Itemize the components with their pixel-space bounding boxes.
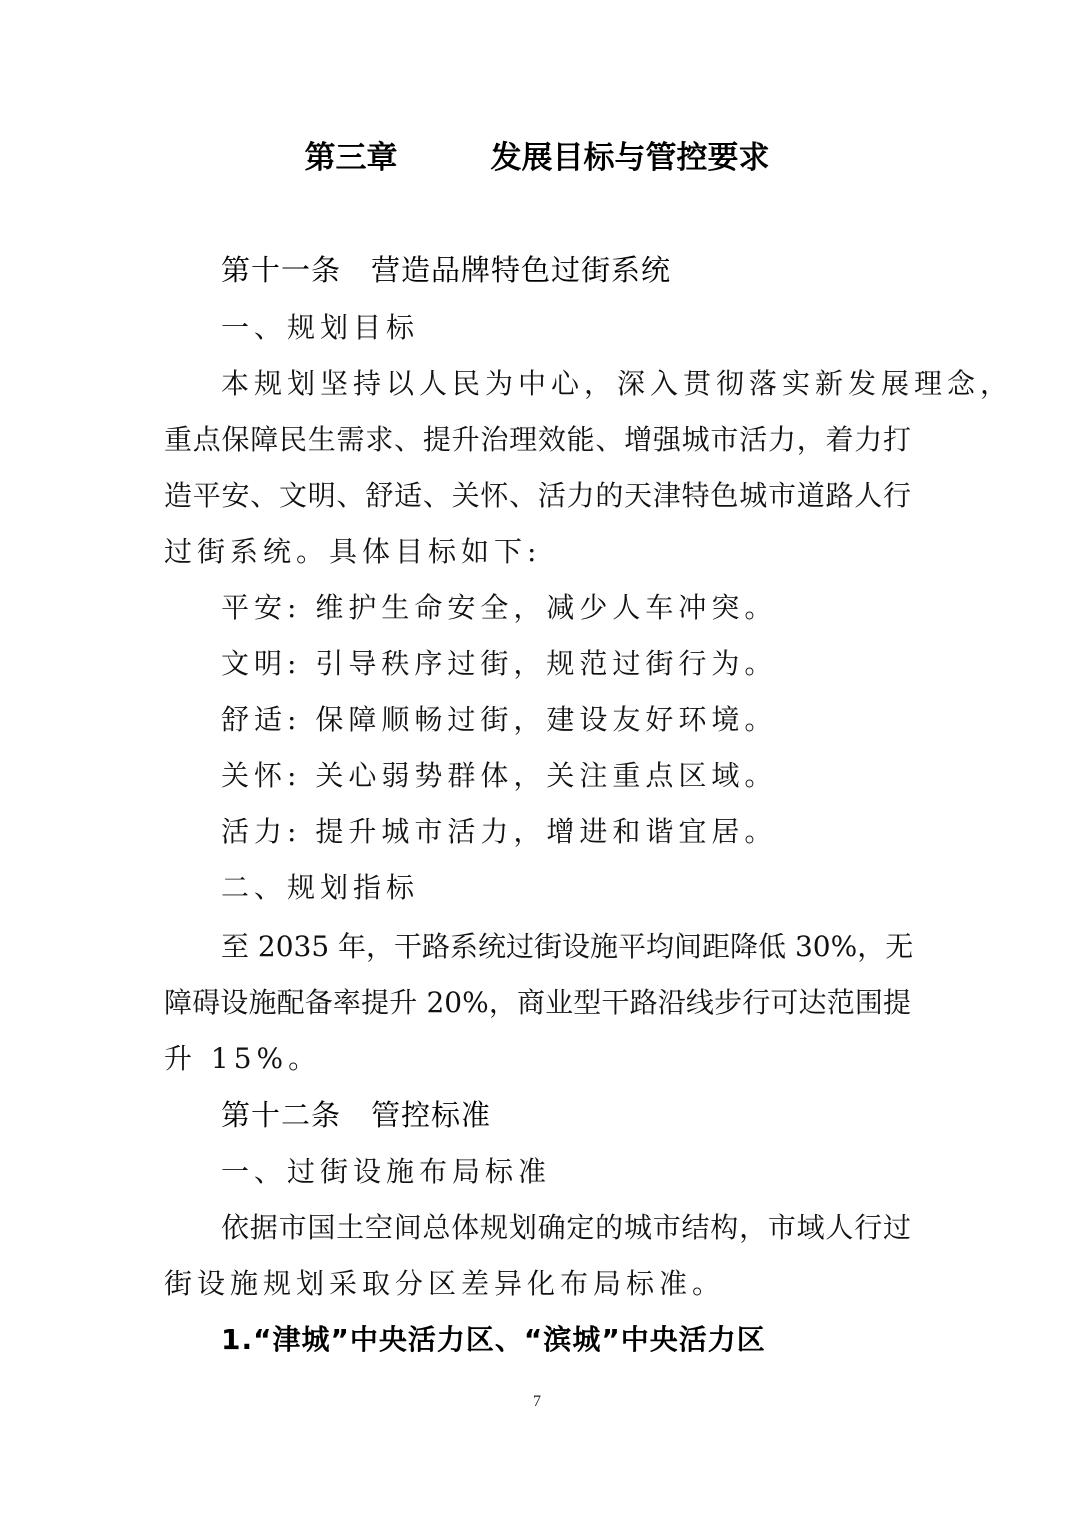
goal-label: 舒适:: [221, 703, 301, 736]
goal-item-safety: 平安: 维护生命安全，减少人车冲突。: [221, 590, 777, 626]
goal-text: 引导秩序过街，规范过街行为。: [315, 647, 777, 680]
goal-text: 关心弱势群体，关注重点区域。: [315, 759, 777, 792]
paragraph-line: 本规划坚持以人民为中心，深入贯彻落实新发展理念，: [221, 366, 1013, 402]
goal-text: 保障顺畅过街，建设友好环境。: [315, 703, 777, 736]
paragraph-line: 至 2035 年，干路系统过街设施平均间距降低 30%，无: [221, 929, 911, 965]
goal-text: 提升城市活力，增进和谐宜居。: [315, 815, 777, 848]
paragraph-line: 障碍设施配备率提升 20%，商业型干路沿线步行可达范围提: [164, 985, 911, 1021]
article-12-heading: 第十二条 管控标准: [221, 1097, 491, 1133]
paragraph-line: 依据市国土空间总体规划确定的城市结构，市域人行过: [221, 1210, 911, 1246]
article-11-heading: 第十一条 营造品牌特色过街系统: [221, 252, 671, 288]
document-page: 第三章 发展目标与管控要求 第十一条 营造品牌特色过街系统 一、规划目标 本规划…: [0, 0, 1074, 1520]
goal-item-vitality: 活力: 提升城市活力，增进和谐宜居。: [221, 814, 777, 850]
section-heading-layout-standards: 一、过街设施布局标准: [221, 1154, 551, 1190]
goal-text: 维护生命安全，减少人车冲突。: [315, 591, 777, 624]
subsection-heading-central-districts: 1.“津城”中央活力区、“滨城”中央活力区: [221, 1322, 766, 1358]
goal-label: 关怀:: [221, 759, 301, 792]
section-heading-planning-indicators: 二、规划指标: [221, 870, 419, 906]
goal-label: 平安:: [221, 591, 301, 624]
paragraph-line: 升 15%。: [164, 1041, 321, 1077]
goal-item-care: 关怀: 关心弱势群体，关注重点区域。: [221, 758, 777, 794]
paragraph-line: 过街系统。具体目标如下:: [164, 534, 541, 570]
paragraph-line: 重点保障民生需求、提升治理效能、增强城市活力，着力打: [164, 422, 911, 458]
goal-label: 文明:: [221, 647, 301, 680]
section-heading-planning-goals: 一、规划目标: [221, 310, 419, 346]
paragraph-line: 街设施规划采取分区差异化布局标准。: [164, 1266, 725, 1302]
goal-item-civility: 文明: 引导秩序过街，规范过街行为。: [221, 646, 777, 682]
chapter-number: 第三章: [305, 140, 398, 176]
goal-item-comfort: 舒适: 保障顺畅过街，建设友好环境。: [221, 702, 777, 738]
chapter-title: 第三章 发展目标与管控要求: [0, 138, 1074, 178]
page-number: 7: [0, 1393, 1074, 1411]
paragraph-line: 造平安、文明、舒适、关怀、活力的天津特色城市道路人行: [164, 478, 911, 514]
goal-label: 活力:: [221, 815, 301, 848]
chapter-name: 发展目标与管控要求: [491, 140, 770, 176]
